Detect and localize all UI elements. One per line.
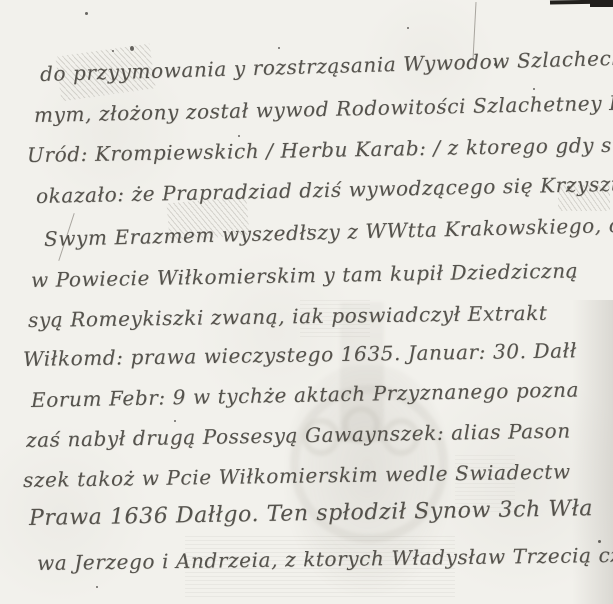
ink-speck: [407, 27, 409, 29]
ink-speck: [85, 12, 88, 15]
manuscript-line: okazało: że Prapradziad dziś wywodzącego…: [36, 170, 613, 208]
manuscript-line: Uród: Krompiewskich / Herbu Karab: / z k…: [27, 132, 613, 167]
manuscript-line: wa Jerzego i Andrzeia, z ktorych Władysł…: [37, 543, 613, 575]
manuscript-page: do przyymowania y rozstrząsania Wywodow …: [0, 0, 613, 604]
ink-speck: [112, 50, 114, 52]
manuscript-line: w Powiecie Wiłkomierskim y tam kupił Dzi…: [31, 258, 579, 292]
manuscript-line: Swym Erazmem wyszedłszy z WWtta Krakowsk…: [44, 212, 613, 251]
corner-mark: [590, 0, 613, 7]
manuscript-line: zaś nabył drugą Possesyą Gawaynszek: ali…: [26, 418, 571, 452]
ink-speck: [130, 46, 134, 51]
manuscript-line: mym, złożony został wywod Rodowitości Sz…: [34, 90, 613, 127]
manuscript-line: Wiłkomd: prawa wieczystego 1635. Januar:…: [23, 338, 577, 371]
ink-speck: [278, 47, 280, 49]
manuscript-line: Prawa 1636 Dałłgo. Ten spłodził Synow 3c…: [29, 496, 593, 531]
ink-speck: [174, 420, 176, 422]
ink-speck: [533, 88, 535, 90]
ink-speck: [238, 135, 240, 137]
ink-speck: [96, 586, 98, 588]
